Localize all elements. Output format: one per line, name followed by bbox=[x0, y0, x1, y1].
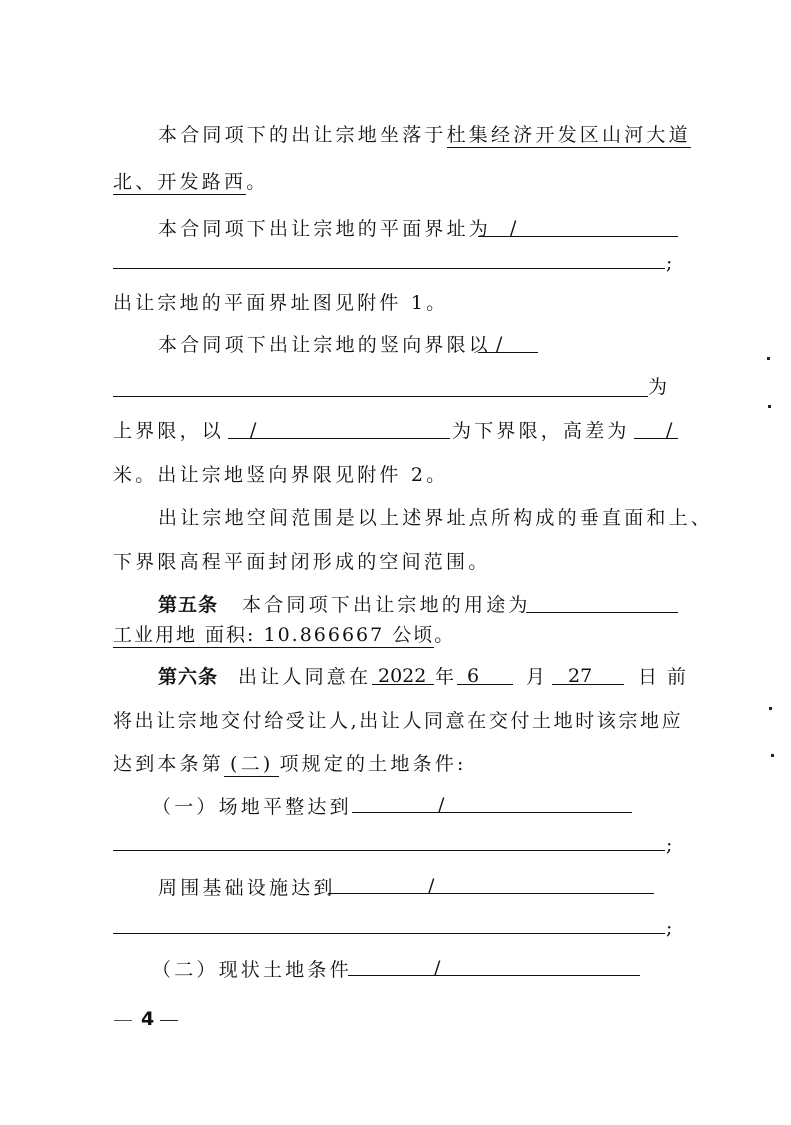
article5-heading: 第五条 bbox=[158, 594, 218, 616]
article6-line-3: 达到本条第(二)项规定的土地条件: bbox=[113, 749, 467, 779]
lower-limit-prefix: 上界限，以 bbox=[113, 420, 224, 442]
scan-speck bbox=[767, 357, 770, 360]
scan-speck bbox=[771, 754, 774, 757]
plane-boundary-blank bbox=[478, 236, 678, 237]
article6-heading-wrap: 第六条 bbox=[158, 662, 218, 692]
location-line-2: 北、开发路西。 bbox=[113, 167, 268, 197]
item-reference-value: (二) bbox=[224, 752, 279, 777]
upper-limit-blank bbox=[478, 352, 538, 353]
condition-item1-value: / bbox=[438, 790, 444, 820]
location-value: 杜集经济开发区山河大道 bbox=[447, 123, 691, 148]
article5-suffix: 。 bbox=[434, 624, 455, 646]
lower-limit-blank bbox=[228, 438, 450, 439]
plane-boundary-line-1: 本合同项下出让宗地的平面界址为 bbox=[158, 214, 491, 244]
infrastructure-blank bbox=[328, 893, 654, 894]
article5-line-1: 第五条 bbox=[158, 590, 218, 620]
lower-limit-suffix: 为下界限，高差为 bbox=[452, 416, 630, 446]
month-blank bbox=[457, 684, 513, 685]
vertical-boundary-line-3: 上界限，以 bbox=[113, 416, 224, 446]
upper-limit-blank-line-2 bbox=[113, 396, 648, 397]
condition-item1-end: ; bbox=[666, 830, 672, 860]
condition-item2-blank bbox=[348, 975, 640, 976]
location-suffix: 。 bbox=[246, 171, 268, 193]
plane-boundary-attachment: 出让宗地的平面界址图见附件 1。 bbox=[113, 288, 448, 318]
lower-limit-value: / bbox=[250, 415, 256, 445]
infrastructure-value: / bbox=[428, 871, 434, 901]
plane-boundary-end: ; bbox=[666, 248, 672, 278]
page-number-dash-right bbox=[160, 1020, 178, 1021]
infrastructure-blank-line-2 bbox=[113, 933, 665, 934]
height-diff-value: / bbox=[666, 415, 672, 445]
scan-speck bbox=[768, 405, 771, 408]
month-value: 6 bbox=[467, 661, 479, 691]
location-prefix: 本合同项下的出让宗地坐落于 bbox=[158, 124, 447, 146]
condition-item1-blank bbox=[352, 812, 632, 813]
article5-text: 本合同项下出让宗地的用途为 bbox=[242, 590, 531, 620]
plane-boundary-value: / bbox=[510, 213, 516, 243]
space-range-line-1: 出让宗地空间范围是以上述界址点所构成的垂直面和上、 bbox=[158, 503, 713, 533]
infrastructure-end: ; bbox=[666, 913, 672, 943]
condition-item1-label: （一）场地平整达到 bbox=[152, 792, 352, 822]
article5-blank-line-1 bbox=[526, 612, 678, 613]
location-value-continued: 北、开发路西 bbox=[113, 170, 246, 195]
article6-line3-prefix: 达到本条第 bbox=[113, 753, 224, 775]
infrastructure-label: 周围基础设施达到 bbox=[158, 873, 336, 903]
article6-line-2: 将出让宗地交付给受让人,出让人同意在交付土地时该宗地应 bbox=[113, 706, 683, 736]
space-range-line-2: 下界限高程平面封闭形成的空间范围。 bbox=[113, 547, 490, 577]
year-value: 2022 bbox=[378, 661, 426, 691]
page-number-dash-left bbox=[114, 1020, 132, 1021]
vertical-boundary-prefix: 本合同项下出让宗地的竖向界限以 bbox=[158, 334, 491, 356]
upper-limit-value: / bbox=[496, 329, 502, 359]
plane-boundary-blank-line-2 bbox=[113, 268, 665, 269]
plane-boundary-prefix: 本合同项下出让宗地的平面界址为 bbox=[158, 218, 491, 240]
article6-line3-suffix: 项规定的土地条件: bbox=[279, 753, 466, 775]
vertical-boundary-line-4: 米。出让宗地竖向界限见附件 2。 bbox=[113, 460, 448, 490]
day-unit: 日前 bbox=[638, 662, 696, 692]
page-number: 4 bbox=[141, 1008, 154, 1030]
article6-text: 出让人同意在 bbox=[238, 662, 371, 692]
year-unit: 年 bbox=[435, 662, 454, 692]
scan-speck bbox=[769, 707, 772, 710]
condition-item2-label: （二）现状土地条件 bbox=[152, 955, 352, 985]
location-line-1: 本合同项下的出让宗地坐落于 杜集经济开发区山河大道 bbox=[158, 120, 691, 150]
condition-item2-value: / bbox=[434, 953, 440, 983]
article5-line-2: 工业用地 面积: 10.866667 公顷 。 bbox=[113, 620, 455, 650]
day-value: 27 bbox=[568, 661, 592, 691]
land-use-value: 工业用地 面积: 10.866667 公顷 bbox=[113, 623, 434, 648]
month-unit: 月 bbox=[526, 662, 545, 692]
condition-item1-blank-line-2 bbox=[113, 850, 665, 851]
vertical-boundary-line-1: 本合同项下出让宗地的竖向界限以 bbox=[158, 330, 491, 360]
upper-limit-suffix: 为 bbox=[648, 372, 667, 402]
article6-heading: 第六条 bbox=[158, 666, 218, 688]
